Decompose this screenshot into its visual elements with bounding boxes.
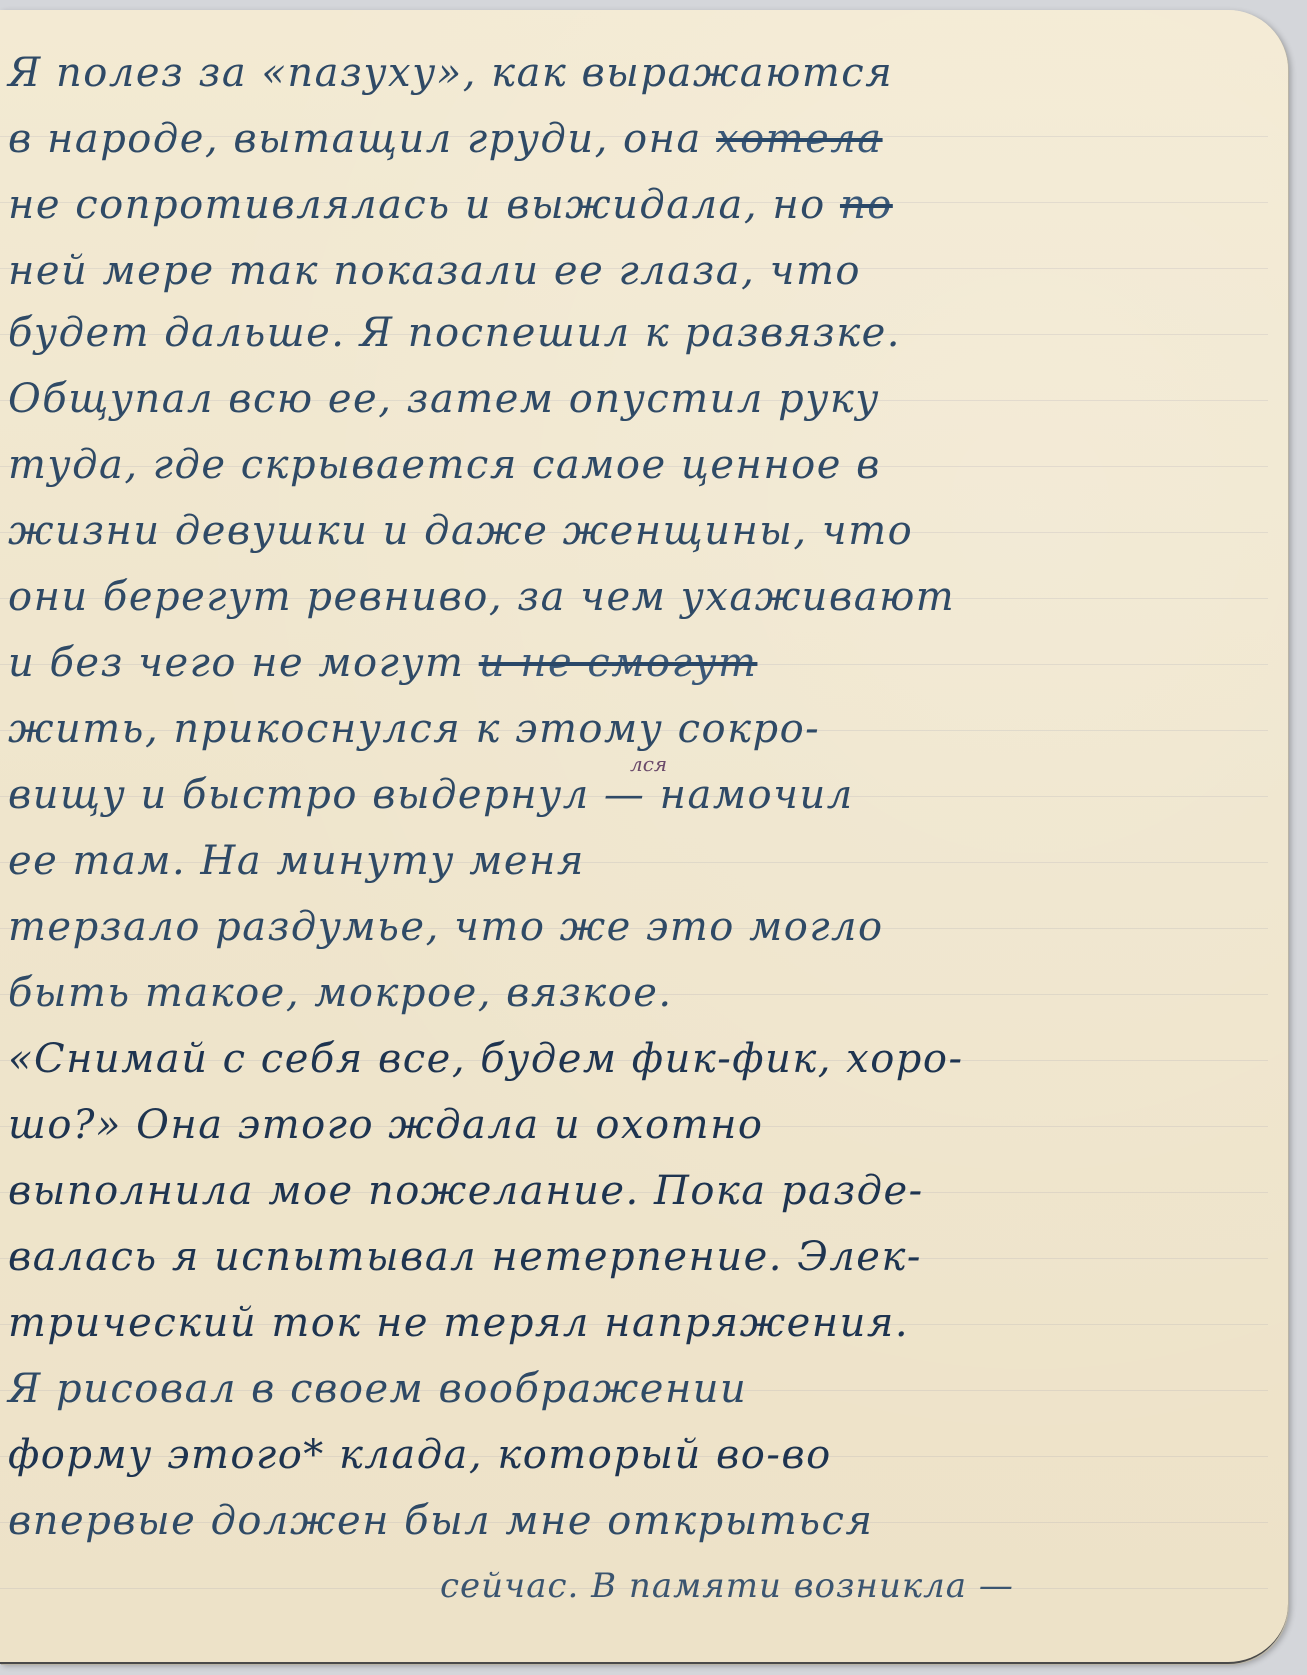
text-line: в народе, вытащил груди, она хотела: [8, 116, 883, 162]
text-line: Я полез за «пазуху», как выражаются: [8, 50, 893, 96]
text-line: Я рисовал в своем воображении: [8, 1366, 747, 1412]
text-line: «Снимай с себя все, будем фик-фик, хоро-: [8, 1036, 964, 1082]
struck-phrase: и не смогут: [479, 640, 758, 686]
text-line: терзало раздумье, что же это могло: [8, 904, 884, 950]
text-line: вищу и быстро выдернул — намочил: [8, 772, 854, 818]
text-line: шо?» Она этого ждала и охотно: [8, 1102, 764, 1148]
text-line: туда, где скрывается самое ценное в: [8, 442, 881, 488]
text-line: жить, прикоснулся к этому сокро-: [8, 706, 820, 752]
text-line: они берегут ревниво, за чем ухаживают: [8, 574, 955, 620]
handwritten-page: Я полез за «пазуху», как выражаются в на…: [0, 10, 1288, 1664]
text-line: ней мере так показали ее глаза, что: [8, 248, 861, 294]
text-line: трический ток не терял напряжения.: [8, 1300, 909, 1346]
text-line: жизни девушки и даже женщины, что: [8, 508, 913, 554]
text-line: ее там. На минуту меня: [8, 838, 585, 884]
text-line: и без чего не могут и не смогут: [8, 640, 757, 686]
text-line: будет дальше. Я поспешил к развязке.: [8, 310, 901, 356]
text-line: впервые должен был мне открыться: [8, 1498, 873, 1544]
struck-word: по: [840, 182, 893, 228]
text-line-last: сейчас. В памяти возникла —: [440, 1566, 1014, 1606]
text-line: Общупал всю ее, затем опустил руку: [8, 376, 880, 422]
text-line: форму этого* клада, который во-во: [8, 1432, 832, 1478]
text-line: выполнила мое пожелание. Пока разде-: [8, 1168, 924, 1214]
text-line: валась я испытывал нетерпение. Элек-: [8, 1234, 922, 1280]
text-line: не сопротивлялась и выжидала, но по: [8, 182, 893, 228]
text-line: быть такое, мокрое, вязкое.: [8, 970, 673, 1016]
struck-word: хотела: [716, 116, 883, 162]
